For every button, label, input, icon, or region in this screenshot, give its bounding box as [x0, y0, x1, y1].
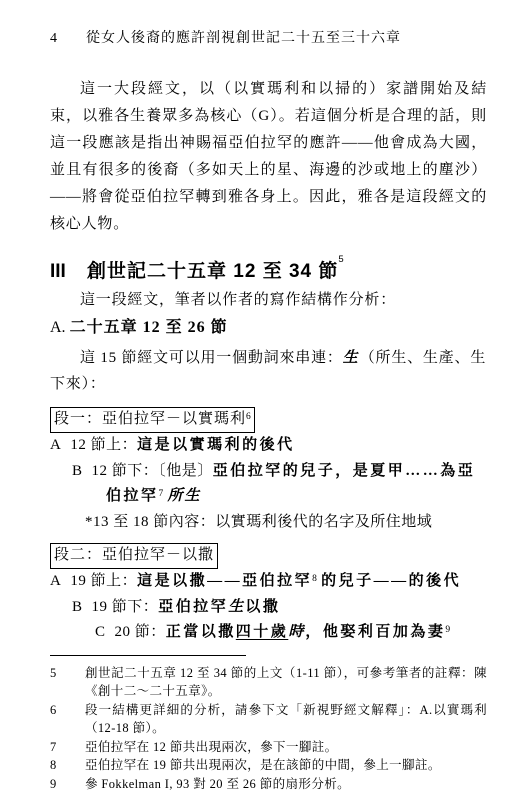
- intro-paragraph: 這一大段經文，以（以實瑪利和以掃的）家譜開始及結束，以雅各生養眾多為核心（G）。…: [50, 76, 487, 238]
- section-numeral: III: [50, 261, 87, 283]
- section-heading: III 創世記二十五章 12 至 34 節5: [50, 256, 487, 283]
- footnote-8: 8 亞伯拉罕在 19 節共出現兩次，是在該節的中間，參上一腳註。: [50, 756, 487, 775]
- segment-one-title: 段一：亞伯拉罕－以實瑪利: [54, 411, 246, 427]
- page-number: 4: [50, 30, 86, 48]
- outline-verse-b19: 19 節下：: [92, 599, 159, 615]
- subsection-heading: A.二十五章 12 至 26 節: [50, 315, 487, 341]
- subsection-title: 二十五章 12 至 26 節: [70, 319, 228, 336]
- outline-quote-a12: 這是以實瑪利的後代: [137, 437, 295, 453]
- outline-item-a19: A19 節上：這是以撒——亞伯拉罕8 的兒子——的後代: [50, 569, 487, 595]
- footnote-7: 7 亞伯拉罕在 12 節共出現兩次，參下一腳註。: [50, 738, 487, 757]
- footnote-8-text: 亞伯拉罕在 19 節共出現兩次，是在該節的中間，參上一腳註。: [85, 756, 487, 775]
- outline-label-c20: C: [95, 624, 106, 640]
- section-title-text: 創世記二十五章 12 至 34 節: [87, 261, 338, 282]
- outline-item-b19: B19 節下：亞伯拉罕生以撒: [50, 595, 487, 621]
- page-header: 4 從女人後裔的應許剖視創世記二十五至三十六章: [50, 30, 487, 48]
- outline-label-a12: A: [50, 437, 61, 453]
- outline-underlined-c20: 四十歲: [236, 624, 289, 640]
- footnote-separator: [50, 655, 246, 656]
- outline-quote1-a19: 這是以撒——亞伯拉罕: [137, 573, 312, 589]
- footnote-8-number: 8: [50, 756, 85, 775]
- section-title: 創世記二十五章 12 至 34 節5: [87, 256, 344, 283]
- footnote-7-text: 亞伯拉罕在 12 節共出現兩次，參下一腳註。: [85, 738, 487, 757]
- footnote-5: 5 創世記二十五章 12 至 34 節的上文（1-11 節），可參考筆者的註釋：…: [50, 664, 487, 701]
- running-title: 從女人後裔的應許剖視創世記二十五至三十六章: [86, 30, 401, 48]
- outline-quote1-b19: 亞伯拉罕: [158, 599, 228, 615]
- footnote-6-number: 6: [50, 701, 85, 738]
- footnote-ref-6: 6: [246, 412, 251, 422]
- footnote-6-text: 段一結構更詳細的分析，請參下文「新視野經文解釋」：A.以實瑪利（12-18 節）…: [85, 701, 487, 738]
- segment-two-box: 段二：亞伯拉罕－以撒: [50, 543, 218, 569]
- footnote-6: 6 段一結構更詳細的分析，請參下文「新視野經文解釋」：A.以實瑪利（12-18 …: [50, 701, 487, 738]
- outline-label-b12: B: [72, 463, 83, 479]
- outline-emphasis-b19: 生: [228, 599, 245, 615]
- footnotes-section: 5 創世記二十五章 12 至 34 節的上文（1-11 節），可參考筆者的註釋：…: [50, 655, 487, 794]
- analysis-intro: 這一段經文，筆者以作者的寫作結構作分析：: [50, 287, 487, 313]
- footnote-9-number: 9: [50, 775, 85, 794]
- outline-bracket-b12: 〔他是〕: [158, 463, 213, 479]
- footnote-ref-7: 7: [159, 489, 164, 499]
- footnote-5-number: 5: [50, 664, 85, 701]
- outline-quote2-c20: ，他娶利百加為妻: [305, 624, 445, 640]
- outline-verse-a19: 19 節上：: [70, 573, 137, 589]
- subsection-label: A.: [50, 319, 66, 336]
- outline-quote2-a19: 的兒子——的後代: [321, 573, 461, 589]
- outline-label-b19: B: [72, 599, 83, 615]
- outline-verse-a12: 12 節上：: [70, 437, 137, 453]
- footnote-9-text: 參 Fokkelman I, 93 對 20 至 26 節的扇形分析。: [85, 775, 487, 794]
- outline-verse-b12: 12 節下：: [92, 463, 159, 479]
- verb-sentence: 這 15 節經文可以用一個動詞來串連：生（所生、生產、生下來）：: [50, 345, 487, 397]
- footnote-ref-8: 8: [312, 574, 317, 584]
- outline-emphasis-b12: 所生: [168, 488, 202, 504]
- segment-one-box: 段一：亞伯拉罕－以實瑪利6: [50, 407, 255, 433]
- verb-sentence-lead: 這 15 節經文可以用一個動詞來串連：: [80, 350, 343, 366]
- document-page: 4 從女人後裔的應許剖視創世記二十五至三十六章 這一大段經文，以（以實瑪利和以掃…: [0, 0, 529, 794]
- footnote-ref-9: 9: [445, 625, 450, 635]
- outline-quote1-c20: 正當以撒: [166, 624, 236, 640]
- outline-note-13-18: *13 至 18 節內容：以實瑪利後代的名字及所住地域: [50, 510, 487, 536]
- outline-item-b12: B12 節下：〔他是〕亞伯拉罕的兒子，是夏甲……為亞伯拉罕7 所生: [50, 459, 487, 510]
- outline-item-c20: C20 節：正當以撒四十歲時，他娶利百加為妻9: [50, 620, 487, 646]
- outline-label-a19: A: [50, 573, 61, 589]
- segment-two-title: 段二：亞伯拉罕－以撒: [54, 547, 214, 563]
- segment-one-heading-row: 段一：亞伯拉罕－以實瑪利6: [50, 407, 487, 433]
- footnote-5-text: 創世記二十五章 12 至 34 節的上文（1-11 節），可參考筆者的註釋：陳《…: [85, 664, 487, 701]
- footnote-9: 9 參 Fokkelman I, 93 對 20 至 26 節的扇形分析。: [50, 775, 487, 794]
- outline-item-a12: A12 節上：這是以實瑪利的後代: [50, 433, 487, 459]
- footnote-ref-5: 5: [338, 254, 343, 265]
- verb-keyword: 生: [343, 350, 360, 366]
- segment-two-heading-row: 段二：亞伯拉罕－以撒: [50, 543, 487, 569]
- outline-verse-c20: 20 節：: [115, 624, 166, 640]
- outline-emphasis-c20: 時: [288, 624, 305, 640]
- outline-quote2-b19: 以撒: [245, 599, 280, 615]
- footnote-7-number: 7: [50, 738, 85, 757]
